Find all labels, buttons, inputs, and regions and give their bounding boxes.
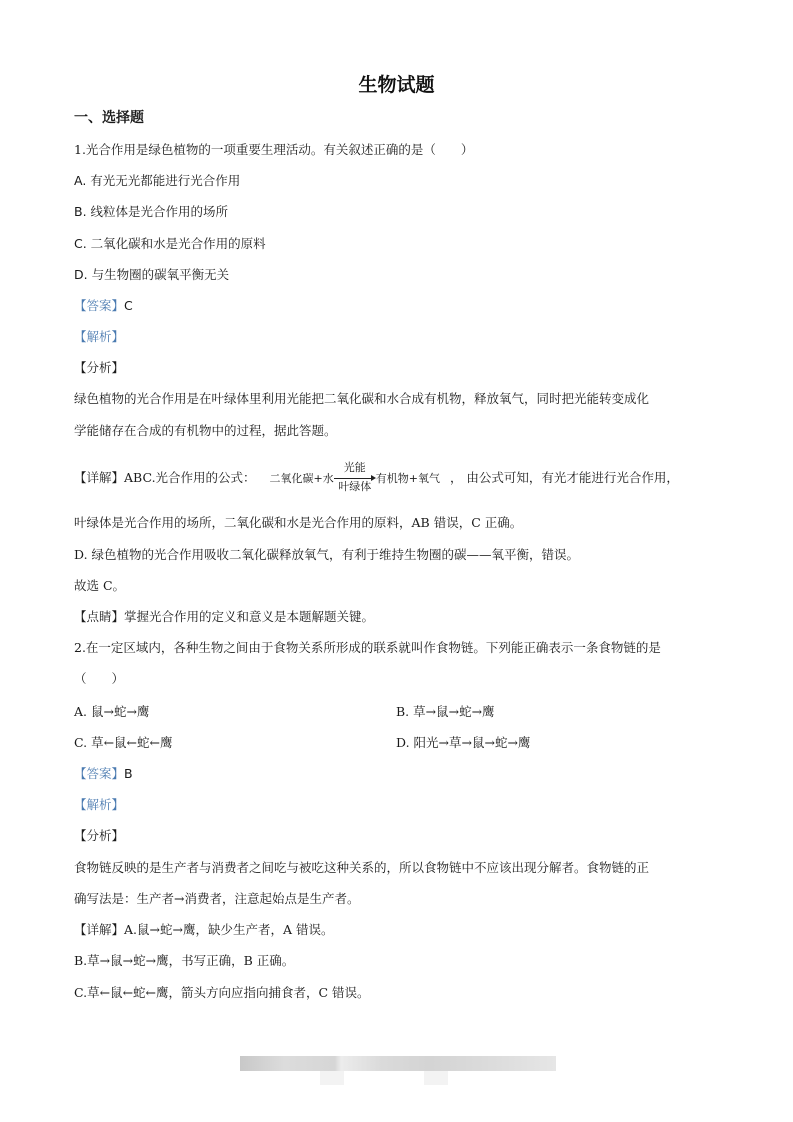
question-1-tip: 【点睛】掌握光合作用的定义和意义是本题解题关键。 (74, 609, 374, 625)
answer-label: 【答案】 (74, 298, 124, 313)
question-2-stem-line-2: （ ） (74, 671, 124, 687)
formula-condition-bottom: 叶绿体 (334, 479, 376, 495)
question-1-detail-line-2: D. 绿色植物的光合作用吸收二氧化碳释放氧气，有利于维持生物圈的碳——氧平衡，错… (74, 547, 579, 563)
question-1-detail-formula-line: 【详解】ABC.光合作用的公式： 二氧化碳+水光能叶绿体有机物+氧气 ， 由公式… (74, 470, 679, 487)
question-2-option-d: D. 阳光→草→鼠→蛇→鹰 (396, 735, 530, 751)
question-2-option-b: B. 草→鼠→蛇→鹰 (396, 704, 495, 720)
question-2-stem-line-1: 2.在一定区域内，各种生物之间由于食物关系所形成的联系就叫作食物链。下列能正确表… (74, 640, 661, 656)
question-1-option-b: B. 线粒体是光合作用的场所 (74, 204, 228, 220)
question-2-detail-line-2: B.草→鼠→蛇→鹰，书写正确，B 正确。 (74, 953, 294, 969)
question-1-option-a: A. 有光无光都能进行光合作用 (74, 173, 240, 189)
question-1-analysis-label: 【分析】 (74, 360, 124, 376)
answer-value: B (124, 766, 133, 781)
question-1-stem: 1.光合作用是绿色植物的一项重要生理活动。有关叙述正确的是（ ） (74, 142, 473, 158)
question-2-option-a: A. 鼠→蛇→鹰 (74, 704, 149, 720)
question-2-option-c: C. 草←鼠←蛇←鹰 (74, 735, 173, 751)
question-1-answer: 【答案】C (74, 298, 133, 314)
question-1-option-d: D. 与生物圈的碳氧平衡无关 (74, 267, 229, 283)
question-1-analysis-line-1: 绿色植物的光合作用是在叶绿体里利用光能把二氧化碳和水合成有机物，释放氧气，同时把… (74, 391, 649, 407)
answer-value: C (124, 298, 133, 313)
formula-reactants: 二氧化碳+水 (270, 472, 334, 485)
question-2-analysis-label: 【分析】 (74, 828, 124, 844)
question-2-answer: 【答案】B (74, 766, 133, 782)
question-2-analysis-line-2: 确写法是：生产者→消费者，注意起始点是生产者。 (74, 891, 359, 907)
footer-watermark-fragment (320, 1071, 344, 1085)
question-1-explanation-label: 【解析】 (74, 329, 124, 345)
footer-watermark-fragment (424, 1071, 448, 1085)
document-page: 生物试题 一、选择题 1.光合作用是绿色植物的一项重要生理活动。有关叙述正确的是… (0, 0, 793, 1122)
footer-watermark (240, 1056, 556, 1071)
formula-condition-top: 光能 (334, 460, 376, 476)
question-1-detail-line-1: 叶绿体是光合作用的场所，二氧化碳和水是光合作用的原料，AB 错误，C 正确。 (74, 515, 522, 531)
detail-suffix: ， 由公式可知，有光才能进行光合作用， (450, 470, 679, 485)
question-2-explanation-label: 【解析】 (74, 797, 124, 813)
reaction-arrow-icon: 光能叶绿体 (334, 471, 376, 487)
question-2-detail-line-1: 【详解】A.鼠→蛇→鹰，缺少生产者，A 错误。 (74, 922, 333, 938)
answer-label: 【答案】 (74, 766, 124, 781)
question-1-analysis-line-2: 学能储存在合成的有机物中的过程，据此答题。 (74, 423, 337, 439)
question-1-option-c: C. 二氧化碳和水是光合作用的原料 (74, 236, 266, 252)
section-heading: 一、选择题 (74, 110, 144, 126)
document-title: 生物试题 (0, 70, 793, 97)
detail-prefix: 【详解】ABC.光合作用的公式： (74, 470, 256, 485)
question-2-detail-line-3: C.草←鼠←蛇←鹰，箭头方向应指向捕食者，C 错误。 (74, 985, 370, 1001)
formula-products: 有机物+氧气 (376, 472, 440, 485)
photosynthesis-formula: 二氧化碳+水光能叶绿体有机物+氧气 (270, 471, 440, 487)
question-1-detail-line-3: 故选 C。 (74, 578, 125, 594)
question-2-analysis-line-1: 食物链反映的是生产者与消费者之间吃与被吃这种关系的，所以食物链中不应该出现分解者… (74, 860, 649, 876)
